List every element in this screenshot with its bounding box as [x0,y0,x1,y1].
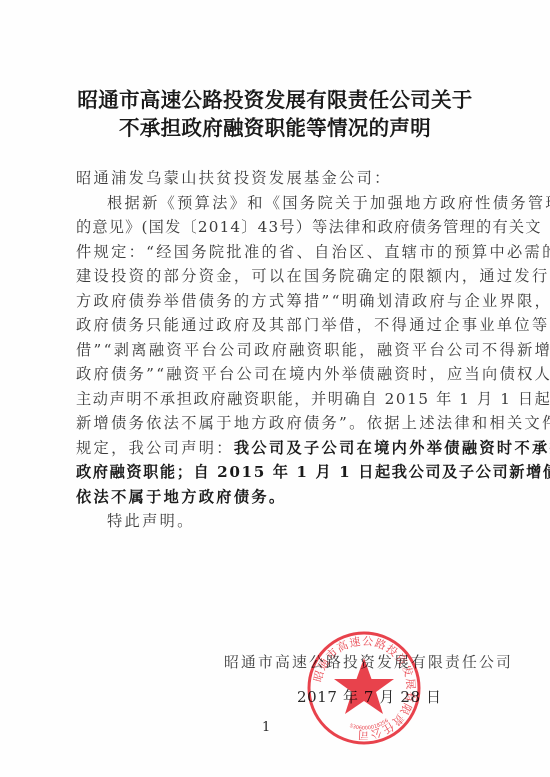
body-line-4: 建设投资的部分资金，可以在国务院确定的限额内，通过发行地 [76,266,486,286]
body-line-8: 政府债务”“融资平台公司在境内外举债融资时，应当向债权人 [76,364,486,384]
body-line-1: 根据新《预算法》和《国务院关于加强地方政府性债务管理 [107,193,485,213]
body-line-2: 的意见》(国发〔2014〕43号）等法律和政府债务管理的有关文 [76,217,486,237]
document-title-line-1: 昭通市高速公路投资发展有限责任公司关于 [0,83,550,113]
declaration-bold-start: 我公司及子公司在境内外举债融资时不承担 [234,439,550,457]
body-line-9: 主动声明不承担政府融资职能，并明确自 2015 年 1 月 1 日起其 [76,389,486,409]
salutation: 昭通浦发乌蒙山扶贫投资发展基金公司： [76,168,486,188]
document-title-line-2: 不承担政府融资职能等情况的声明 [0,111,550,141]
body-line-5: 方政府债券举借债务的方式筹措”“明确划清政府与企业界限， [76,291,486,311]
page-number: 1 [262,720,270,735]
body-line-7: 借”“剥离融资平台公司政府融资职能，融资平台公司不得新增 [76,340,486,360]
declaration-bold-line-1: 政府融资职能；自 2015 年 1 月 1 日起我公司及子公司新增债务 [76,462,486,482]
document-page: 昭通市高速公路投资发展有限责任公司关于 不承担政府融资职能等情况的声明 昭通浦发… [0,0,550,777]
declaration-prefix: 规定，我公司声明： [76,439,234,457]
body-line-6: 政府债务只能通过政府及其部门举借，不得通过企事业单位等举 [76,315,486,335]
body-line-3: 件规定：“经国务院批准的省、自治区、直辖市的预算中必需的 [76,242,486,262]
declaration-line: 规定，我公司声明：我公司及子公司在境内外举债融资时不承担 [76,438,486,458]
closing-statement: 特此声明。 [107,511,485,531]
signature-date: 2017 年 7 月 28 日 [297,686,442,707]
svg-text:5306000018256: 5306000018256 [349,718,390,732]
signature-company: 昭通市高速公路投资发展有限责任公司 [224,651,513,672]
declaration-bold-line-2: 依法不属于地方政府债务。 [76,487,486,507]
body-line-10: 新增债务依法不属于地方政府债务”。依据上述法律和相关文件 [76,413,486,433]
